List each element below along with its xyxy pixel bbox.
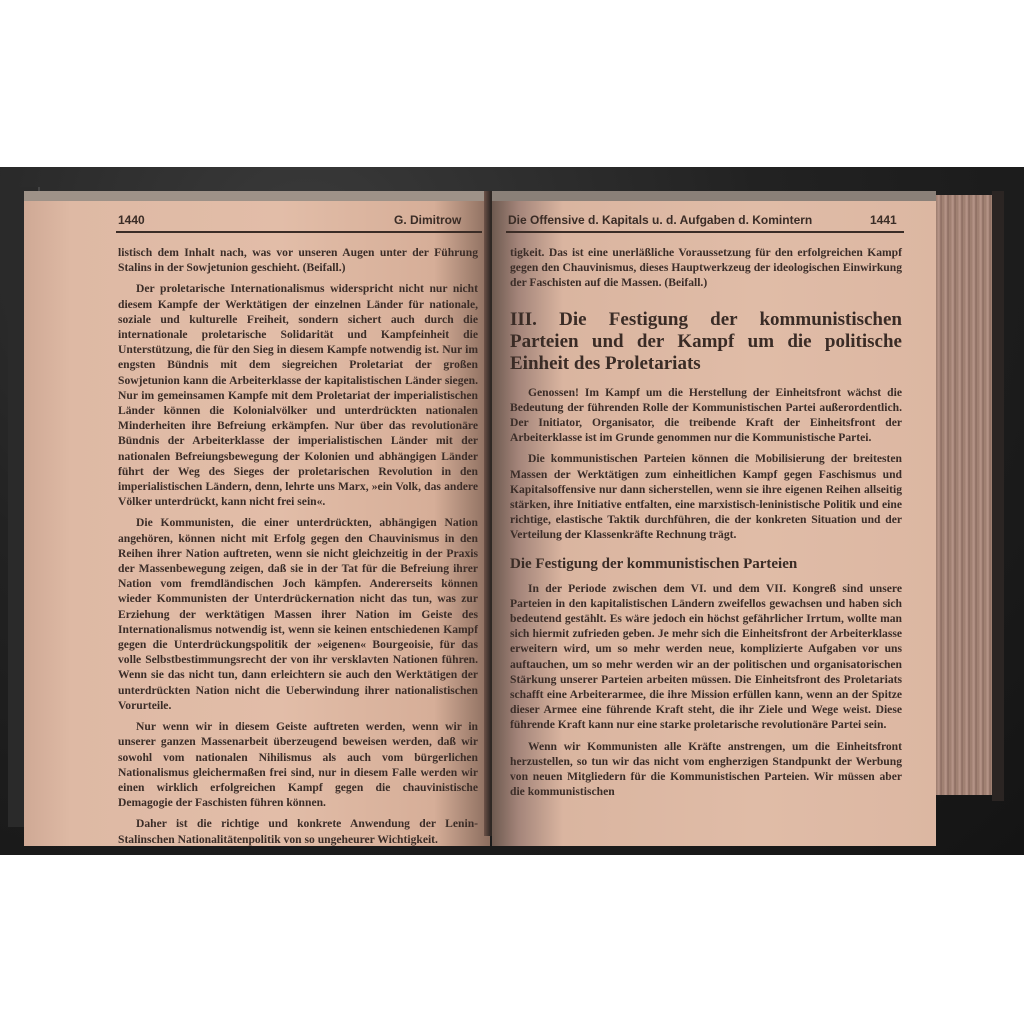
header-rule-right bbox=[506, 231, 904, 233]
right-page-body: tigkeit. Das ist eine unerläßliche Vorau… bbox=[510, 245, 902, 805]
paragraph: Wenn wir Kommunisten alle Kräfte anstren… bbox=[510, 739, 902, 800]
section-heading: Die Festigung der kommunistischen Partei… bbox=[510, 555, 902, 573]
book-photo: 1440 G. Dimitrow listisch dem Inhalt nac… bbox=[0, 167, 1024, 855]
chapter-heading: III. Die Festigung der kommunistischen P… bbox=[510, 309, 902, 375]
paragraph: listisch dem Inhalt nach, was vor unsere… bbox=[118, 245, 478, 275]
header-rule-left bbox=[116, 231, 482, 233]
open-book: 1440 G. Dimitrow listisch dem Inhalt nac… bbox=[24, 191, 1004, 836]
paragraph: Die kommunistischen Parteien können die … bbox=[510, 451, 902, 542]
book-cover-right bbox=[992, 191, 1004, 801]
running-head-right: Die Offensive d. Kapitals u. d. Aufgaben… bbox=[508, 213, 812, 227]
page-number-right: 1441 bbox=[870, 213, 897, 227]
left-page: 1440 G. Dimitrow listisch dem Inhalt nac… bbox=[24, 191, 490, 846]
paragraph: Der proletarische Internationalismus wid… bbox=[118, 281, 478, 509]
page-edges-stack bbox=[936, 195, 994, 795]
left-page-body: listisch dem Inhalt nach, was vor unsere… bbox=[118, 245, 478, 846]
paragraph: Die Kommunisten, die einer unterdrückten… bbox=[118, 515, 478, 713]
paragraph: In der Periode zwischen dem VI. und dem … bbox=[510, 581, 902, 733]
paragraph: Daher ist die richtige und konkrete Anwe… bbox=[118, 816, 478, 846]
paragraph: Nur wenn wir in diesem Geiste auftreten … bbox=[118, 719, 478, 810]
page-number-left: 1440 bbox=[118, 213, 145, 227]
paragraph: Genossen! Im Kampf um die Herstellung de… bbox=[510, 385, 902, 446]
right-page: Die Offensive d. Kapitals u. d. Aufgaben… bbox=[492, 191, 936, 846]
running-head-left: G. Dimitrow bbox=[394, 213, 461, 227]
paragraph: tigkeit. Das ist eine unerläßliche Vorau… bbox=[510, 245, 902, 291]
